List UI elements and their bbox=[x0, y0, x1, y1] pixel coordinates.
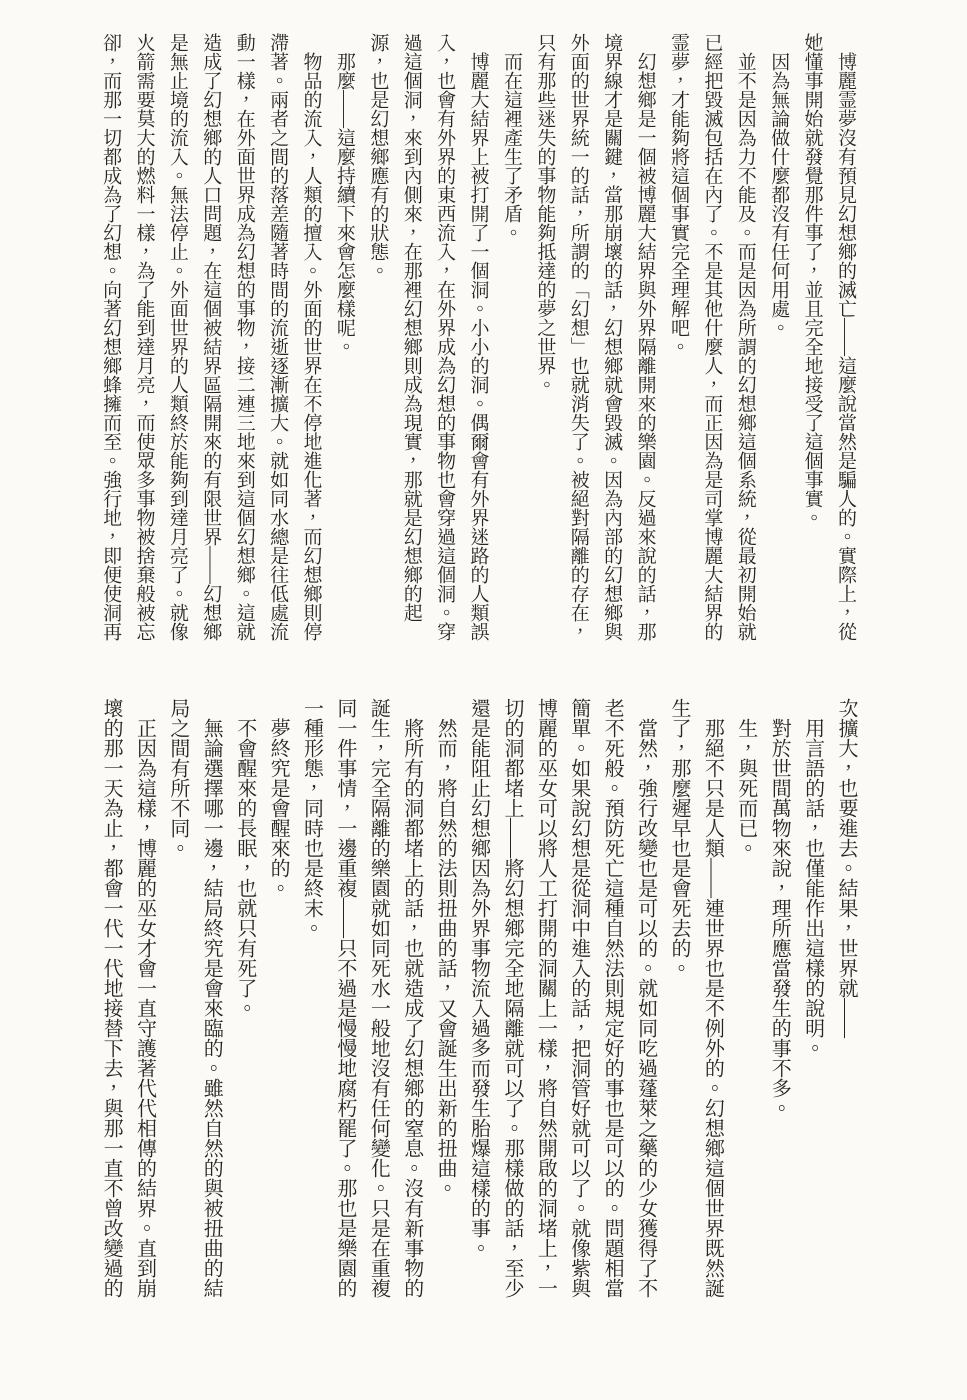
paragraph: 生，與死而已。 bbox=[728, 698, 761, 1302]
paragraph: 當然，強行改變也是可以的。就如同吃過蓬萊之藥的少女獲得了不老不死般。預防死亡這種… bbox=[461, 698, 661, 1302]
paragraph: 並不是因為力不能及。而是因為所謂的幻想鄉這個系統，從最初開始就已經把毀滅包括在內… bbox=[662, 33, 762, 645]
paragraph: 博麗大結界上被打開了一個洞。小小的洞。偶爾會有外界迷路的人類誤入，也會有外界的東… bbox=[361, 33, 495, 645]
paragraph: 幻想鄉是一個被博麗大結界與外界隔離開來的樂園。反過來說的話，那境界線才是關鍵，當… bbox=[528, 33, 662, 645]
paragraph: 因為無論做什麼都沒有任何用處。 bbox=[762, 33, 795, 645]
paragraph-continuation: 次擴大，也要進去。結果，世界就—— bbox=[829, 698, 862, 1302]
paragraph: 博麗霊夢沒有預見幻想鄉的滅亡——這麼說當然是騙人的。實際上，從她懂事開始就發覺那… bbox=[795, 33, 862, 645]
paragraph: 對於世間萬物來說，理所應當發生的事不多。 bbox=[762, 698, 795, 1302]
document-page: 博麗霊夢沒有預見幻想鄉的滅亡——這麼說當然是騙人的。實際上，從她懂事開始就發覺那… bbox=[0, 0, 967, 1400]
paragraph: 那絕不只是人類——連世界也是不例外的。幻想鄉這個世界既然誕生了，那麼遲早也是會死… bbox=[662, 698, 729, 1302]
paragraph: 物品的流入，人類的擅入。外面的世界在不停地進化著，而幻想鄉則停滯著。兩者之間的落… bbox=[94, 33, 328, 645]
paragraph: 那麼——這麼持續下來會怎麼樣呢。 bbox=[328, 33, 361, 645]
paragraph: 然而，將自然的法則扭曲的話，又會誕生出新的扭曲。 bbox=[428, 698, 461, 1302]
paragraph: 不會醒來的長眠，也就只有死了。 bbox=[227, 698, 260, 1302]
paragraph: 正因為這樣，博麗的巫女才會一直守護著代代相傳的結界。直到崩壞的那一天為止，都會一… bbox=[94, 698, 161, 1302]
paragraph: 無論選擇哪一邊，結局終究是會來臨的。雖然自然的與被扭曲的結局之間有所不同。 bbox=[160, 698, 227, 1302]
paragraph: 將所有的洞都堵上的話，也就造成了幻想鄉的窒息。沒有新事物的誕生，完全隔離的樂園就… bbox=[294, 698, 428, 1302]
paragraph: 而在這裡產生了矛盾。 bbox=[495, 33, 528, 645]
text-block-top: 博麗霊夢沒有預見幻想鄉的滅亡——這麼說當然是騙人的。實際上，從她懂事開始就發覺那… bbox=[94, 33, 862, 645]
paragraph: 用言語的話，也僅能作出這樣的說明。 bbox=[795, 698, 828, 1302]
text-block-bottom: 次擴大，也要進去。結果，世界就—— 用言語的話，也僅能作出這樣的說明。 對於世間… bbox=[94, 698, 862, 1302]
paragraph: 夢終究是會醒來的。 bbox=[261, 698, 294, 1302]
